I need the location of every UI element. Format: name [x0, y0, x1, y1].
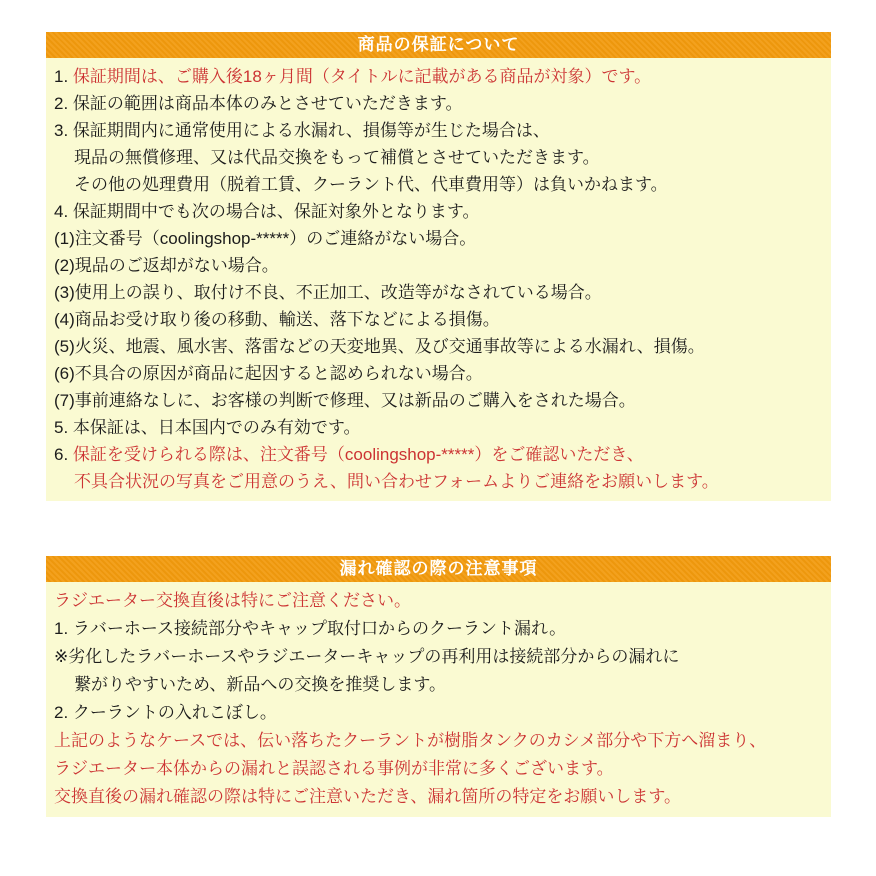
text-segment: その他の処理費用（脱着工賃、クーラント代、代車費用等）は負いかねます。 — [74, 175, 668, 194]
text-segment: (7)事前連絡なしに、お客様の判断で修理、又は新品のご購入をされた場合。 — [54, 391, 636, 410]
text-line: 2. クーラントの入れこぼし。 — [54, 699, 825, 727]
text-line: (5)火災、地震、風水害、落雷などの天変地異、及び交通事故等による水漏れ、損傷。 — [54, 333, 825, 360]
leak-check-notice-box: 漏れ確認の際の注意事項 ラジエーター交換直後は特にご注意ください。1. ラバーホ… — [46, 556, 831, 817]
text-line: (3)使用上の誤り、取付け不良、不正加工、改造等がなされている場合。 — [54, 279, 825, 306]
text-segment: 2. クーラントの入れこぼし。 — [54, 703, 277, 722]
leak-check-section-title: 漏れ確認の際の注意事項 — [46, 556, 831, 582]
text-segment: 5. 本保証は、日本国内でのみ有効です。 — [54, 418, 361, 437]
text-segment: 4. 保証期間中でも次の場合は、保証対象外となります。 — [54, 202, 480, 221]
text-line: ラジエーター本体からの漏れと誤認される事例が非常に多くございます。 — [54, 755, 825, 783]
text-segment: (3)使用上の誤り、取付け不良、不正加工、改造等がなされている場合。 — [54, 283, 602, 302]
text-segment: (5)火災、地震、風水害、落雷などの天変地異、及び交通事故等による水漏れ、損傷。 — [54, 337, 705, 356]
page-canvas: 商品の保証について 1. 保証期間は、ご購入後18ヶ月間（タイトルに記載がある商… — [0, 0, 876, 876]
text-line: ラジエーター交換直後は特にご注意ください。 — [54, 587, 825, 615]
text-segment: 交換直後の漏れ確認の際は特にご注意いただき、漏れ箇所の特定をお願いします。 — [54, 787, 681, 806]
text-line: 上記のようなケースでは、伝い落ちたクーラントが樹脂タンクのカシメ部分や下方へ溜ま… — [54, 727, 825, 755]
text-line: ※劣化したラバーホースやラジエーターキャップの再利用は接続部分からの漏れに — [54, 643, 825, 671]
text-line: 1. 保証期間は、ご購入後18ヶ月間（タイトルに記載がある商品が対象）です。 — [54, 63, 825, 90]
text-line: その他の処理費用（脱着工賃、クーラント代、代車費用等）は負いかねます。 — [54, 171, 825, 198]
text-segment: (4)商品お受け取り後の移動、輸送、落下などによる損傷。 — [54, 310, 500, 329]
text-line: 3. 保証期間内に通常使用による水漏れ、損傷等が生じた場合は、 — [54, 117, 825, 144]
text-segment: 現品の無償修理、又は代品交換をもって補償とさせていただきます。 — [74, 148, 600, 167]
text-segment: (2)現品のご返却がない場合。 — [54, 256, 279, 275]
text-segment: (1)注文番号（coolingshop-*****）のご連絡がない場合。 — [54, 229, 476, 248]
text-segment: 保証を受けられる際は、注文番号（coolingshop-*****）をご確認いた… — [73, 445, 644, 464]
text-line: (4)商品お受け取り後の移動、輸送、落下などによる損傷。 — [54, 306, 825, 333]
text-segment: ※劣化したラバーホースやラジエーターキャップの再利用は接続部分からの漏れに — [54, 647, 679, 666]
warranty-section-body: 1. 保証期間は、ご購入後18ヶ月間（タイトルに記載がある商品が対象）です。2.… — [46, 58, 831, 501]
text-segment: ラジエーター交換直後は特にご注意ください。 — [54, 591, 411, 610]
text-line: 1. ラバーホース接続部分やキャップ取付口からのクーラント漏れ。 — [54, 615, 825, 643]
text-line: (2)現品のご返却がない場合。 — [54, 252, 825, 279]
warranty-section-title: 商品の保証について — [46, 32, 831, 58]
text-segment: 繋がりやすいため、新品への交換を推奨します。 — [74, 675, 446, 694]
text-line: (1)注文番号（coolingshop-*****）のご連絡がない場合。 — [54, 225, 825, 252]
text-line: 2. 保証の範囲は商品本体のみとさせていただきます。 — [54, 90, 825, 117]
text-segment: ラジエーター本体からの漏れと誤認される事例が非常に多くございます。 — [54, 759, 614, 778]
leak-check-section-body: ラジエーター交換直後は特にご注意ください。1. ラバーホース接続部分やキャップ取… — [46, 582, 831, 817]
text-line: 4. 保証期間中でも次の場合は、保証対象外となります。 — [54, 198, 825, 225]
text-segment: 不具合状況の写真をご用意のうえ、問い合わせフォームよりご連絡をお願いします。 — [74, 472, 719, 491]
text-segment: 3. 保証期間内に通常使用による水漏れ、損傷等が生じた場合は、 — [54, 121, 550, 140]
text-segment: (6)不具合の原因が商品に起因すると認められない場合。 — [54, 364, 483, 383]
text-line: (7)事前連絡なしに、お客様の判断で修理、又は新品のご購入をされた場合。 — [54, 387, 825, 414]
text-segment: 6. — [54, 445, 73, 464]
text-line: 現品の無償修理、又は代品交換をもって補償とさせていただきます。 — [54, 144, 825, 171]
text-line: 6. 保証を受けられる際は、注文番号（coolingshop-*****）をご確… — [54, 441, 825, 468]
text-line: 5. 本保証は、日本国内でのみ有効です。 — [54, 414, 825, 441]
text-segment: 保証期間は、ご購入後18ヶ月間（タイトルに記載がある商品が対象）です。 — [73, 67, 651, 86]
text-segment: 1. ラバーホース接続部分やキャップ取付口からのクーラント漏れ。 — [54, 619, 566, 638]
text-line: 不具合状況の写真をご用意のうえ、問い合わせフォームよりご連絡をお願いします。 — [54, 468, 825, 495]
text-line: (6)不具合の原因が商品に起因すると認められない場合。 — [54, 360, 825, 387]
text-segment: 2. 保証の範囲は商品本体のみとさせていただきます。 — [54, 94, 463, 113]
text-line: 交換直後の漏れ確認の際は特にご注意いただき、漏れ箇所の特定をお願いします。 — [54, 783, 825, 811]
text-segment: 上記のようなケースでは、伝い落ちたクーラントが樹脂タンクのカシメ部分や下方へ溜ま… — [54, 731, 766, 750]
text-segment: 1. — [54, 67, 73, 86]
text-line: 繋がりやすいため、新品への交換を推奨します。 — [54, 671, 825, 699]
warranty-notice-box: 商品の保証について 1. 保証期間は、ご購入後18ヶ月間（タイトルに記載がある商… — [46, 32, 831, 501]
